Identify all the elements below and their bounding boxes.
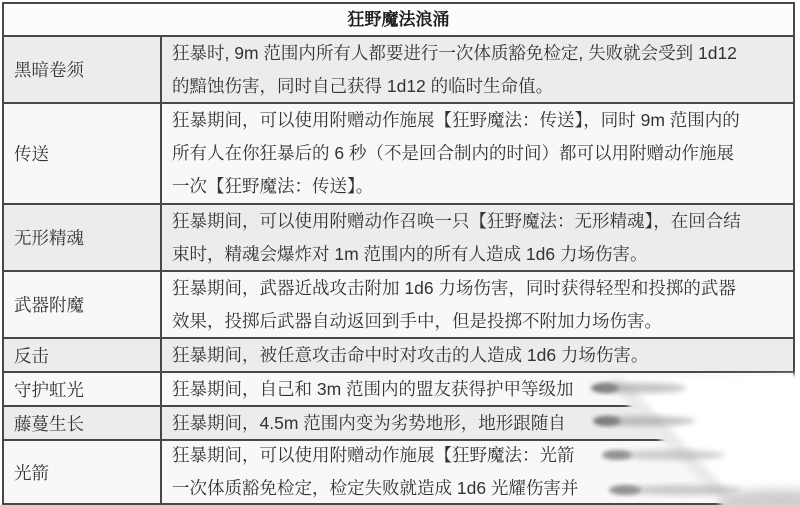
spell-name-cell: 反击 [4,339,162,371]
table-row: 守护虹光 狂暴期间，自己和 3m 范围内的盟友获得护甲等级加 [4,373,793,407]
description-line: 一次体质豁免检定，检定失败就造成 1d6 光耀伤害并 [172,472,787,503]
table-row: 武器附魔 狂暴期间，武器近战攻击附加 1d6 力场伤害，同时获得轻型和投掷的武器… [4,272,793,339]
spell-description-cell: 狂暴期间，自己和 3m 范围内的盟友获得护甲等级加 [162,373,793,405]
table-row: 反击 狂暴期间，被任意攻击命中时对攻击的人造成 1d6 力场伤害。 [4,339,793,373]
spell-description-cell: 狂暴期间，可以使用附赠动作施展【狂野魔法：传送】，同时 9m 范围内的 所有人在… [162,104,793,203]
description-line: 狂暴期间，可以使用附赠动作召唤一只【狂野魔法：无形精魂】，在回合结 [172,205,787,238]
spell-description-cell: 狂暴期间，4.5m 范围内变为劣势地形，地形跟随自 [162,407,793,439]
spell-name-cell: 武器附魔 [4,272,162,337]
table-row: 黑暗卷须 狂暴时, 9m 范围内所有人都要进行一次体质豁免检定, 失败就会受到 … [4,37,793,104]
table-row: 传送 狂暴期间，可以使用附赠动作施展【狂野魔法：传送】，同时 9m 范围内的 所… [4,104,793,205]
wild-magic-surge-table: 狂野魔法浪涌 黑暗卷须 狂暴时, 9m 范围内所有人都要进行一次体质豁免检定, … [2,2,795,505]
description-line: 狂暴期间，可以使用附赠动作施展【狂野魔法：光箭 [172,441,787,472]
spell-name-cell: 守护虹光 [4,373,162,405]
spell-description-cell: 狂暴期间，可以使用附赠动作召唤一只【狂野魔法：无形精魂】，在回合结 束时，精魂会… [162,205,793,270]
description-line: 狂暴期间，可以使用附赠动作施展【狂野魔法：传送】，同时 9m 范围内的 [172,104,787,137]
spell-name-cell: 传送 [4,104,162,203]
description-line: 狂暴期间，自己和 3m 范围内的盟友获得护甲等级加 [172,373,787,405]
description-line: 效果，投掷后武器自动返回到手中，但是投掷不附加力场伤害。 [172,305,787,338]
table-row: 藤蔓生长 狂暴期间，4.5m 范围内变为劣势地形，地形跟随自 [4,407,793,441]
table-title: 狂野魔法浪涌 [4,4,793,37]
spell-name-cell: 光箭 [4,441,162,503]
table-row: 无形精魂 狂暴期间，可以使用附赠动作召唤一只【狂野魔法：无形精魂】，在回合结 束… [4,205,793,272]
spell-name-cell: 黑暗卷须 [4,37,162,102]
description-line: 狂暴期间，被任意攻击命中时对攻击的人造成 1d6 力场伤害。 [172,339,787,371]
description-line: 狂暴时, 9m 范围内所有人都要进行一次体质豁免检定, 失败就会受到 1d12 [172,37,787,70]
spell-description-cell: 狂暴期间，可以使用附赠动作施展【狂野魔法：光箭 一次体质豁免检定，检定失败就造成… [162,441,793,503]
description-line: 狂暴期间，武器近战攻击附加 1d6 力场伤害，同时获得轻型和投掷的武器 [172,272,787,305]
spell-name-cell: 无形精魂 [4,205,162,270]
description-line: 狂暴期间，4.5m 范围内变为劣势地形，地形跟随自 [172,407,787,439]
table-row: 光箭 狂暴期间，可以使用附赠动作施展【狂野魔法：光箭 一次体质豁免检定，检定失败… [4,441,793,503]
spell-description-cell: 狂暴期间，武器近战攻击附加 1d6 力场伤害，同时获得轻型和投掷的武器 效果，投… [162,272,793,337]
description-line: 束时，精魂会爆炸对 1m 范围内的所有人造成 1d6 力场伤害。 [172,238,787,271]
description-line: 的黯蚀伤害，同时自己获得 1d12 的临时生命值。 [172,70,787,103]
description-line: 所有人在你狂暴后的 6 秒（不是回合制内的时间）都可以用附赠动作施展 [172,137,787,170]
description-line: 一次【狂野魔法：传送】。 [172,170,787,203]
spell-description-cell: 狂暴时, 9m 范围内所有人都要进行一次体质豁免检定, 失败就会受到 1d12 … [162,37,793,102]
spell-name-cell: 藤蔓生长 [4,407,162,439]
spell-description-cell: 狂暴期间，被任意攻击命中时对攻击的人造成 1d6 力场伤害。 [162,339,793,371]
